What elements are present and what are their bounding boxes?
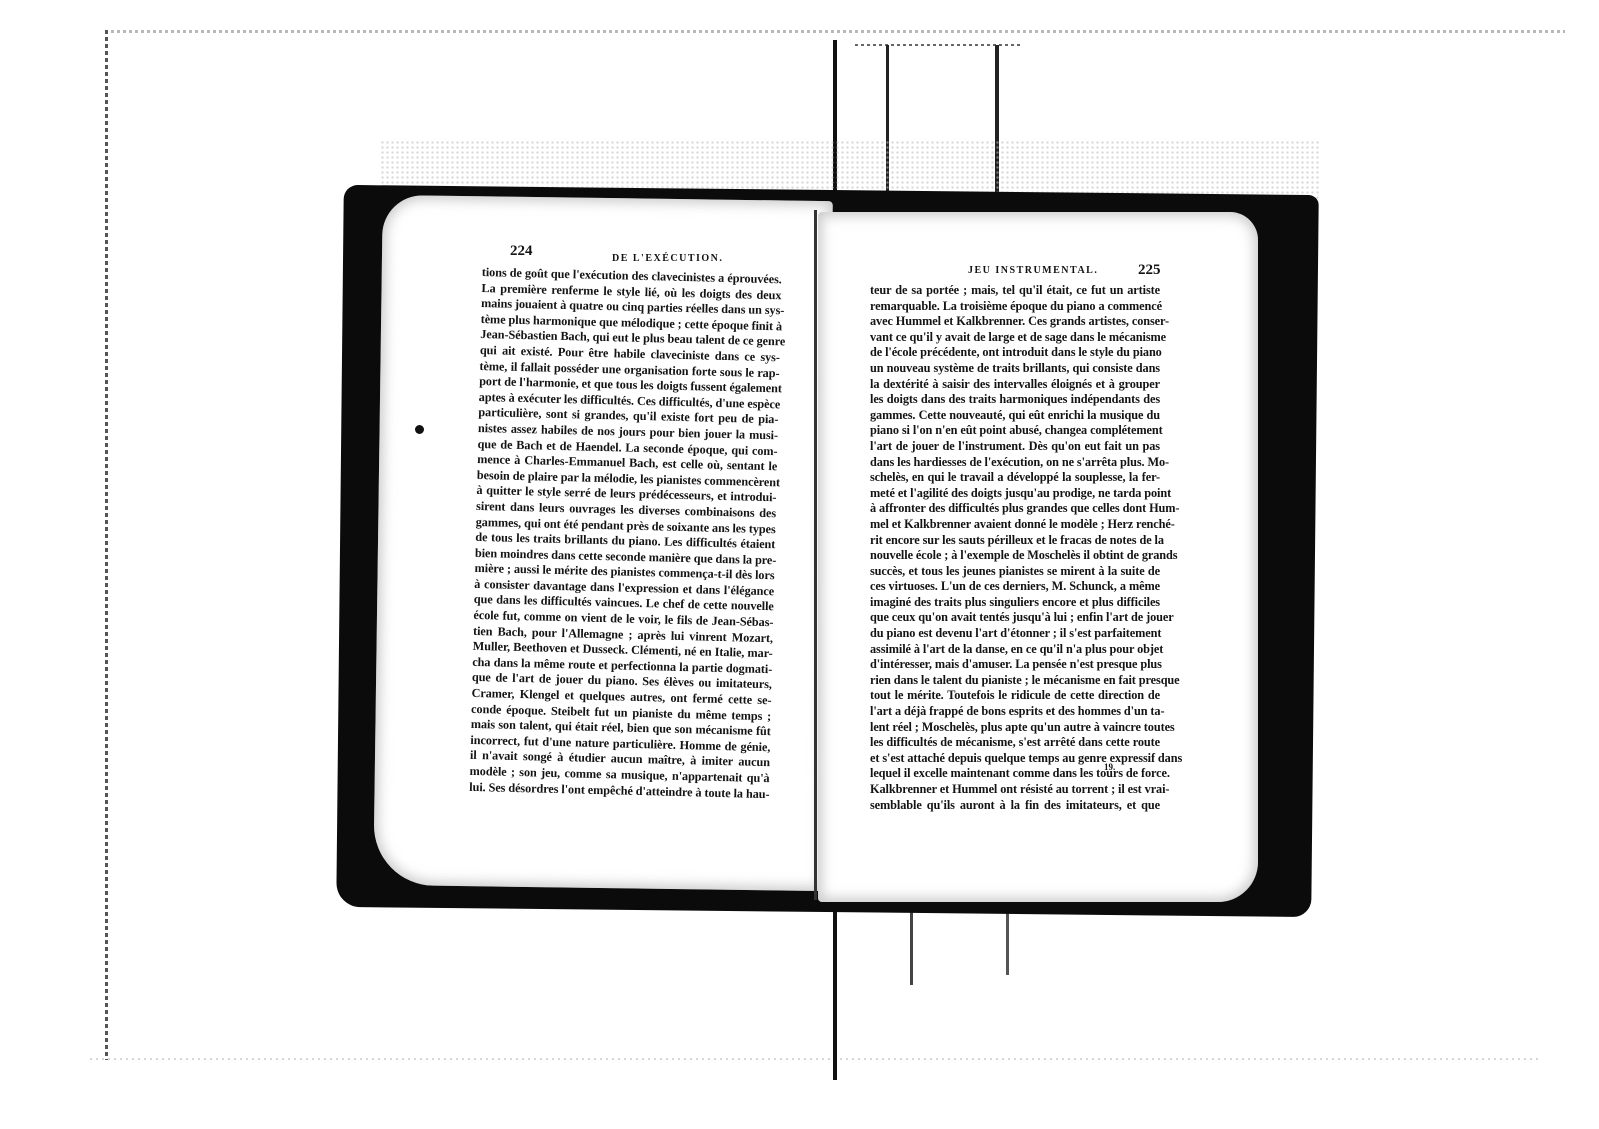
text-line: semblable qu'ils auront à la fin des imi… bbox=[870, 798, 1160, 814]
text-line: succès, et tous les jeunes pianistes se … bbox=[870, 564, 1160, 580]
right-running-head: JEU INSTRUMENTAL. bbox=[968, 265, 1098, 276]
text-line: piano si l'on n'en eût point abusé, chan… bbox=[870, 423, 1160, 439]
scan-frame-left-edge bbox=[105, 30, 108, 1060]
right-page-text: teur de sa portée ; mais, tel qu'il étai… bbox=[870, 283, 1160, 813]
holder-clip-bottom-left-bar bbox=[910, 905, 913, 985]
scan-frame-top-edge bbox=[105, 30, 1565, 33]
left-page-number: 224 bbox=[510, 243, 533, 260]
text-line: tout le mérite. Toutefois le ridicule de… bbox=[870, 688, 1160, 704]
text-line: les difficultés de mécanisme, s'est arrê… bbox=[870, 735, 1160, 751]
ink-spot bbox=[415, 425, 424, 434]
text-line: les doigts dans des traits harmoniques i… bbox=[870, 392, 1160, 408]
text-line: de l'école précédente, ont introduit dan… bbox=[870, 345, 1160, 361]
text-line: meté et l'agilité des doigts jusqu'au pr… bbox=[870, 486, 1160, 502]
left-running-head: DE L'EXÉCUTION. bbox=[612, 253, 723, 264]
text-line: rit encore sur les sauts périlleux et le… bbox=[870, 533, 1160, 549]
text-line: dans les hardiesses de l'exécution, on n… bbox=[870, 455, 1160, 471]
text-line: à affronter des difficultés plus grandes… bbox=[870, 501, 1160, 517]
text-line: lequel il excelle maintenant comme dans … bbox=[870, 766, 1160, 782]
book-gutter bbox=[814, 210, 817, 900]
text-line: vant ce qu'il y avait de large et de sag… bbox=[870, 330, 1160, 346]
text-line: nouvelle école ; à l'exemple de Moschelè… bbox=[870, 548, 1160, 564]
text-line: l'art a déjà frappé de bons esprits et d… bbox=[870, 704, 1160, 720]
holder-clip-bottom-right-bar bbox=[1006, 905, 1009, 975]
text-line: ces virtuoses. L'un de ces derniers, M. … bbox=[870, 579, 1160, 595]
text-line: du piano est devenu l'art d'étonner ; il… bbox=[870, 626, 1160, 642]
text-line: Kalkbrenner et Hummel ont résisté au tor… bbox=[870, 782, 1160, 798]
text-line: imaginé des traits plus singuliers encor… bbox=[870, 595, 1160, 611]
text-line: et s'est attaché depuis quelque temps au… bbox=[870, 751, 1160, 767]
text-line: avec Hummel et Kalkbrenner. Ces grands a… bbox=[870, 314, 1160, 330]
text-line: d'intéresser, mais d'amuser. La pensée n… bbox=[870, 657, 1160, 673]
scan-frame-bottom-edge bbox=[90, 1058, 1540, 1060]
text-line: un nouveau système de traits brillants, … bbox=[870, 361, 1160, 377]
text-line: teur de sa portée ; mais, tel qu'il étai… bbox=[870, 283, 1160, 299]
left-page-text: tions de goût que l'exécution des clavec… bbox=[469, 265, 782, 802]
text-line: que ceux qu'on avait tentés jusqu'à lui … bbox=[870, 610, 1160, 626]
text-line: lent réel ; Moschelès, plus apte qu'un a… bbox=[870, 720, 1160, 736]
text-line: gammes. Cette nouveauté, qui eût enrichi… bbox=[870, 408, 1160, 424]
text-line: assimilé à l'art de la danse, en ce qu'i… bbox=[870, 642, 1160, 658]
text-line: la dextérité à saisir des intervalles él… bbox=[870, 377, 1160, 393]
text-line: l'art de jouer de l'instrument. Dès qu'o… bbox=[870, 439, 1160, 455]
text-line: schelès, en qui le travail a développé l… bbox=[870, 470, 1160, 486]
text-line: rien dans le talent du pianiste ; le méc… bbox=[870, 673, 1160, 689]
text-line: mel et Kalkbrenner avaient donné le modè… bbox=[870, 517, 1160, 533]
text-line: remarquable. La troisième époque du pian… bbox=[870, 299, 1160, 315]
right-page-number: 225 bbox=[1138, 262, 1161, 279]
signature-mark: 19. bbox=[1104, 762, 1115, 772]
